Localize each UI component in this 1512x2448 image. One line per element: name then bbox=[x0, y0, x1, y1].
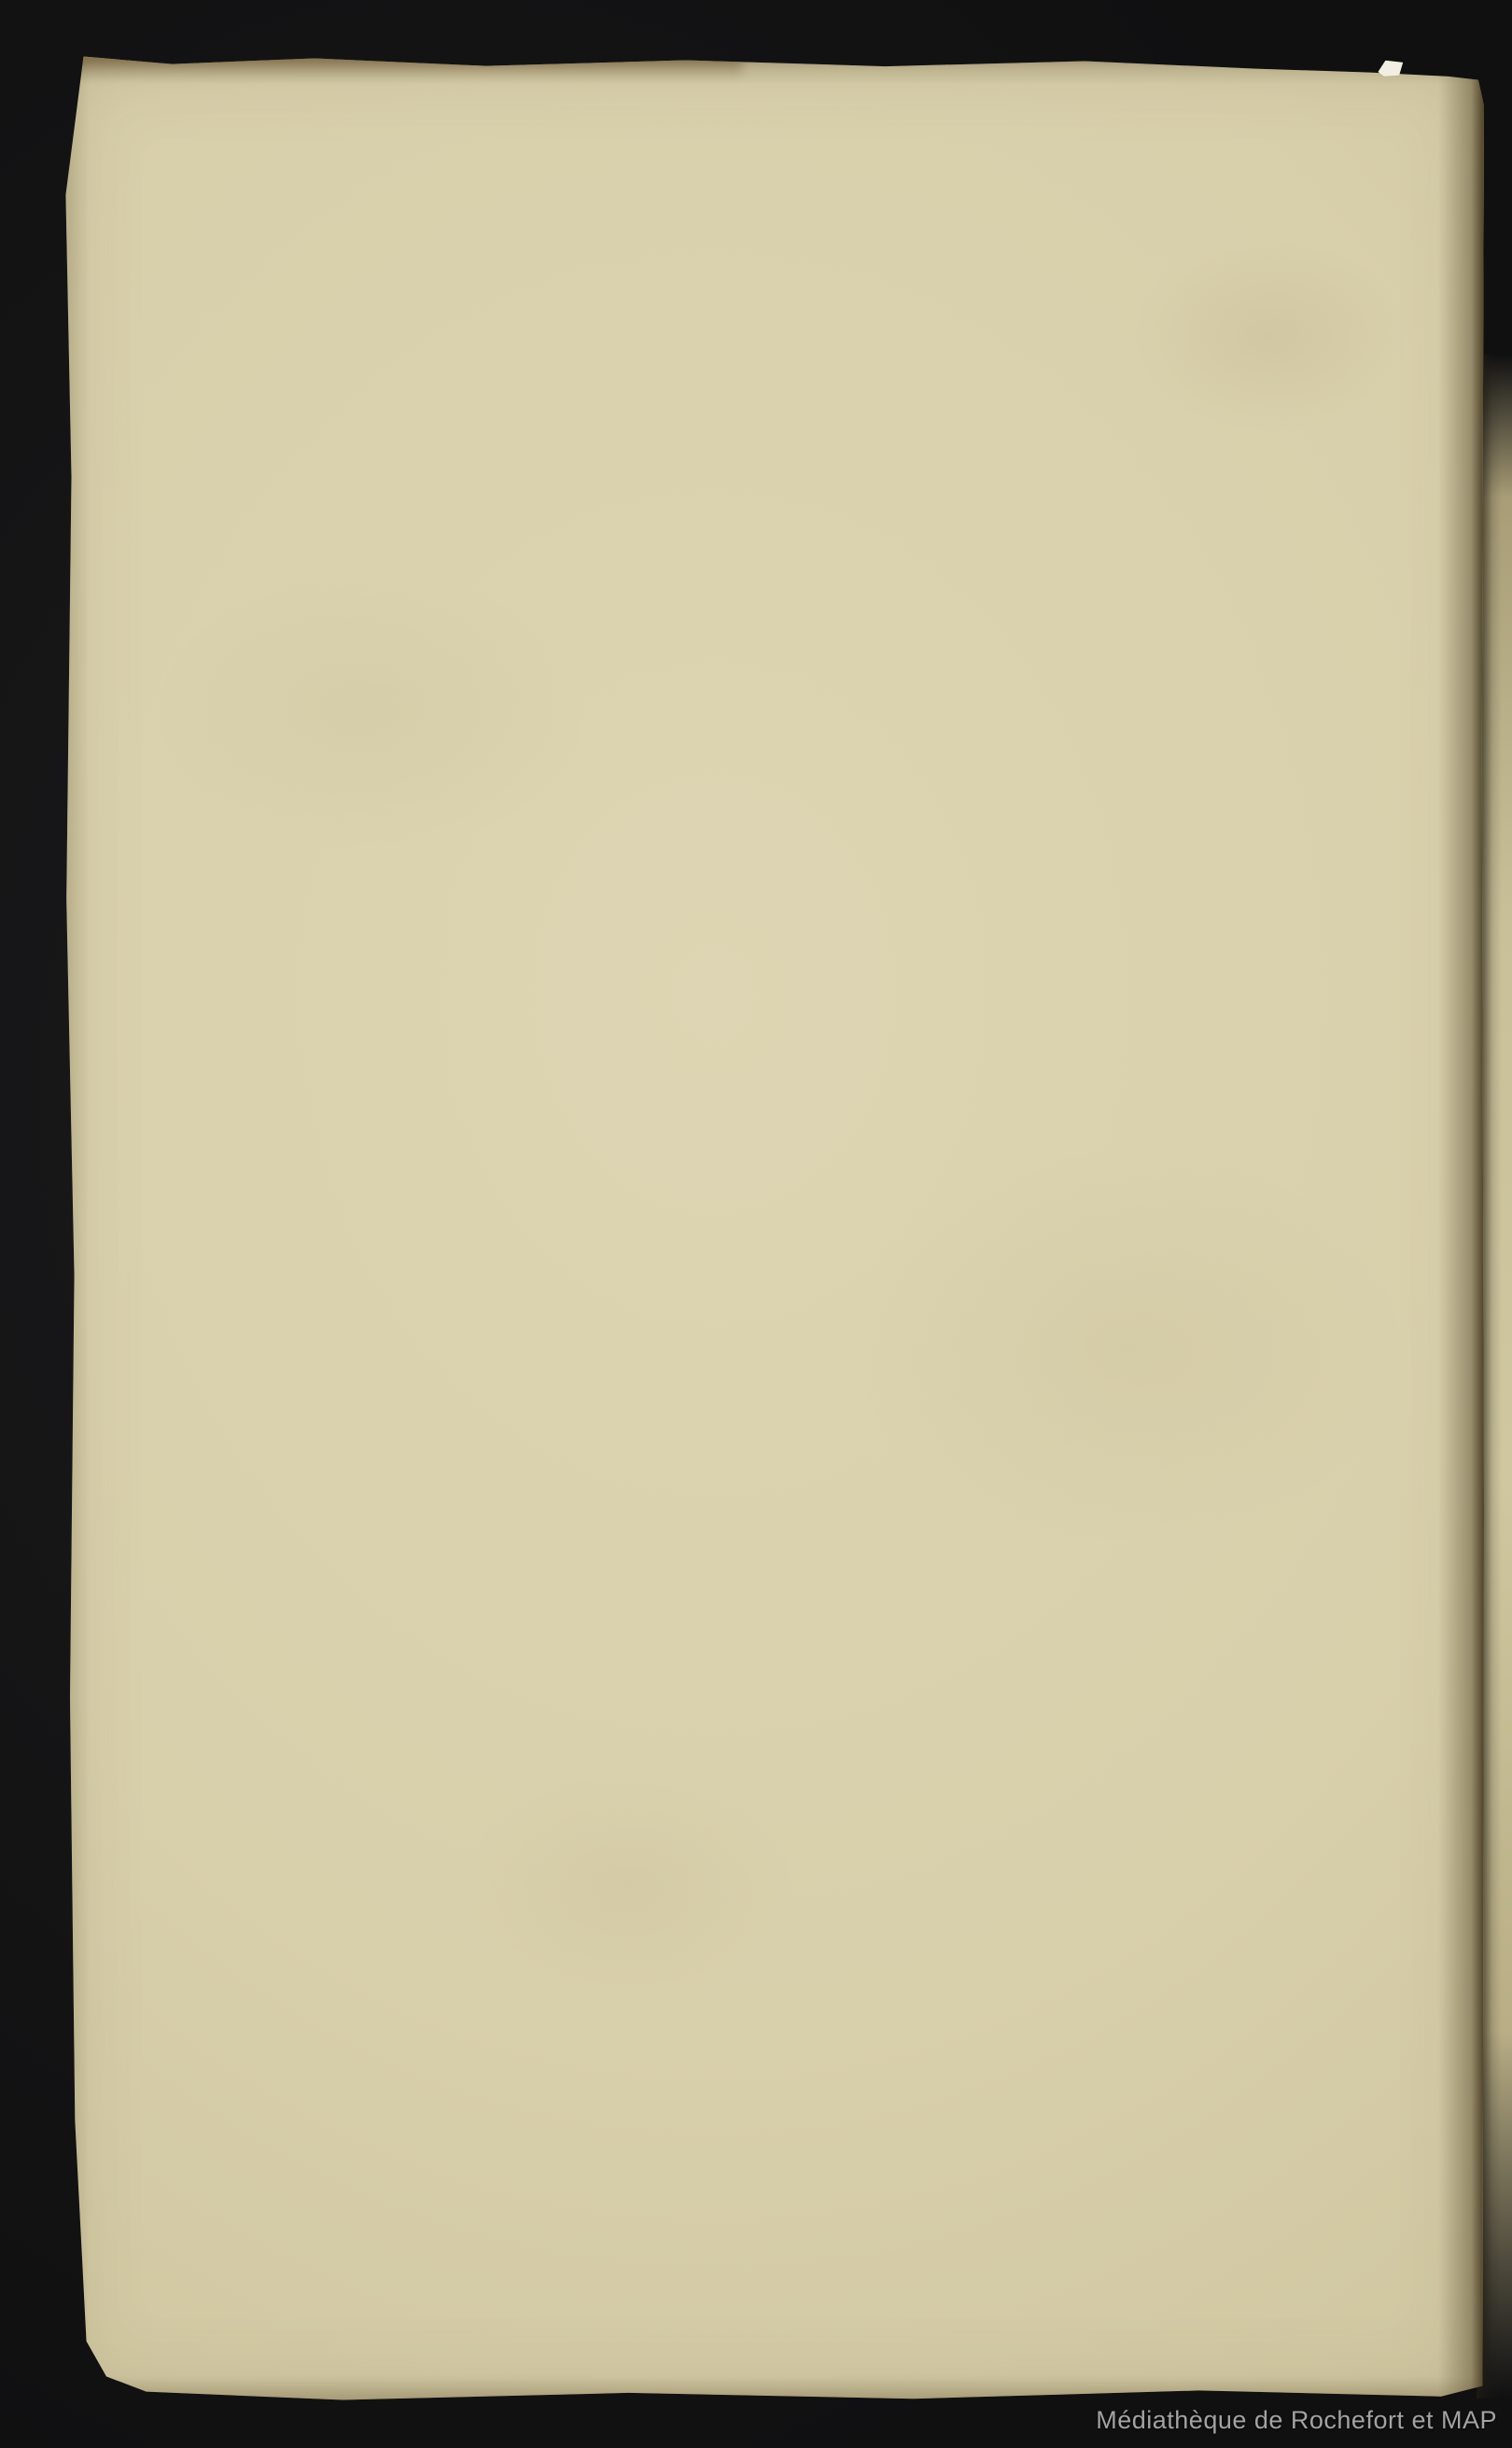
scanner-background: 320 THE POLYNESIAN RACE. Kohala and resi… bbox=[0, 0, 1512, 2448]
watermark-text: Médiathèque de Rochefort et MAP bbox=[1096, 2406, 1497, 2435]
book-page-scan bbox=[58, 54, 1484, 2402]
paper-texture bbox=[58, 54, 1484, 2402]
page-top-burn-smudge bbox=[58, 54, 742, 82]
